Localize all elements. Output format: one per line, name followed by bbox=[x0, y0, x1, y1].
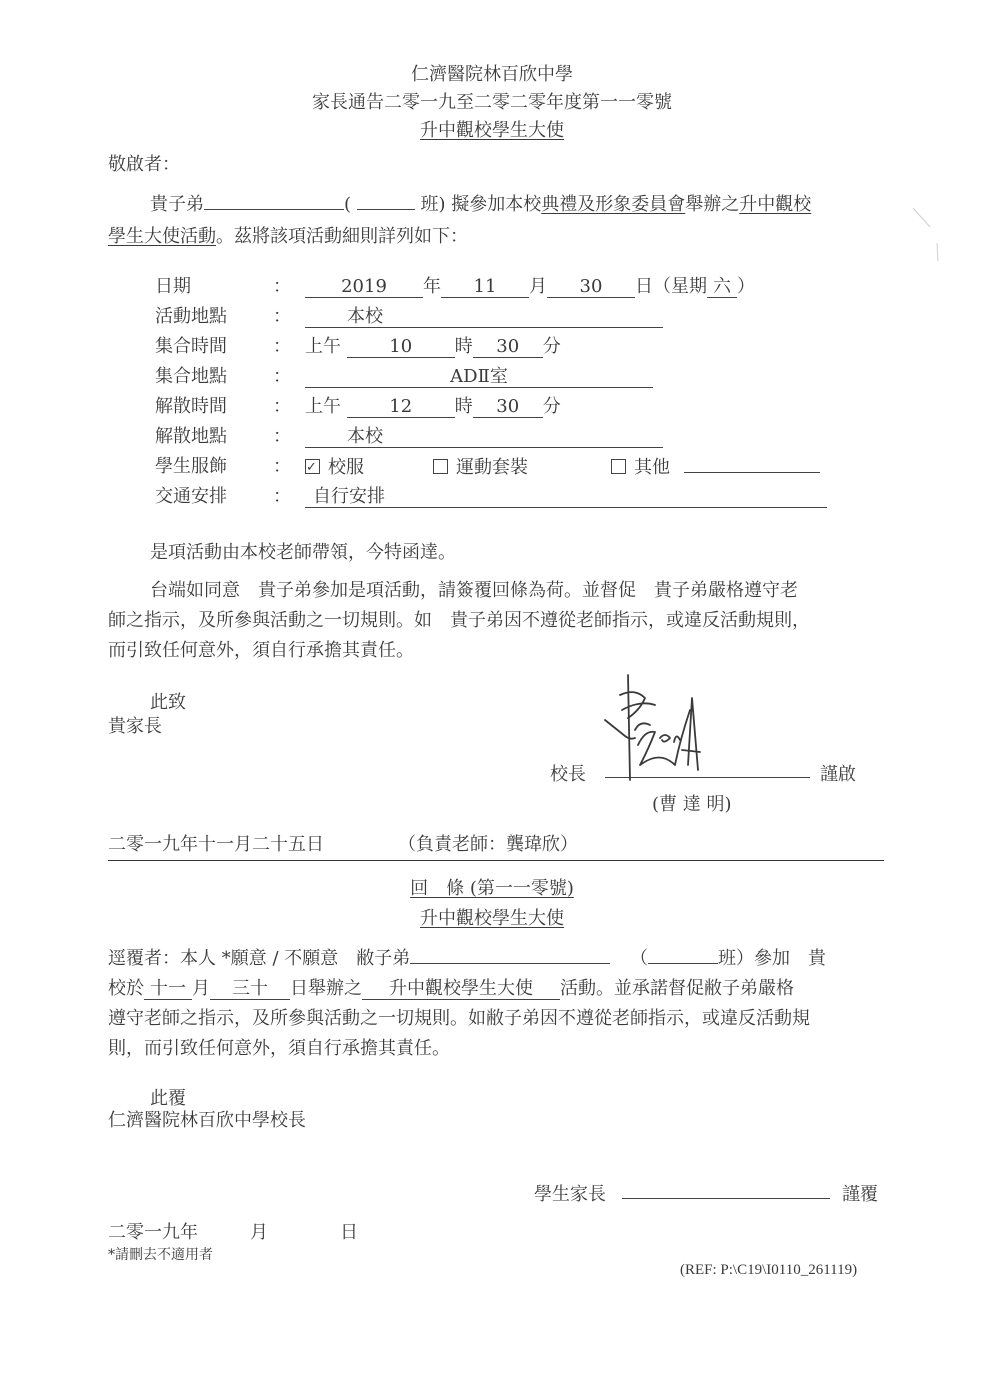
year-unit: 年 bbox=[423, 276, 441, 297]
intro-line-2: 學生大使活動。茲將該項活動細則詳列如下： bbox=[108, 222, 468, 248]
notice-subject: 升中觀校學生大使 bbox=[420, 120, 564, 141]
attire-other-field[interactable] bbox=[684, 454, 820, 473]
footnote: *請刪去不適用者 bbox=[108, 1244, 213, 1264]
assembly-ampm: 上午 bbox=[305, 336, 341, 357]
attire-option-label: 校服 bbox=[328, 457, 364, 478]
reply-date-year: 二零一九年 bbox=[108, 1218, 198, 1244]
assembly-place-value: ADⅡ室 bbox=[305, 367, 653, 388]
reply-recipient: 仁濟醫院林百欣中學校長 bbox=[108, 1106, 306, 1132]
date-label: 日期 bbox=[155, 274, 265, 300]
paragraph-consent-line-3: 而引致任何意外，須自行承擔其責任。 bbox=[108, 636, 414, 662]
attire-option-label: 運動套裝 bbox=[456, 457, 528, 478]
checkbox-unchecked-icon[interactable] bbox=[433, 459, 448, 474]
date-value: 2019年11月30日（星期六） bbox=[305, 274, 755, 300]
salutation: 敬啟者： bbox=[108, 150, 180, 176]
committee-name: 典禮及形象委員會 bbox=[541, 194, 685, 215]
date-month: 11 bbox=[441, 277, 529, 298]
assembly-place-label: 集合地點 bbox=[155, 364, 265, 390]
principal-label: 校長 bbox=[550, 760, 586, 786]
colon: ： bbox=[273, 454, 291, 480]
hour-unit: 時 bbox=[455, 396, 473, 417]
reply-line-2: 校於十一月三十日舉辦之升中觀校學生大使活動。並承諾督促敝子弟嚴格 bbox=[108, 974, 794, 1000]
student-name-field[interactable] bbox=[204, 191, 344, 210]
assembly-hour: 10 bbox=[347, 337, 455, 358]
colon: ： bbox=[273, 334, 291, 360]
dismissal-ampm: 上午 bbox=[305, 396, 341, 417]
transport-label: 交通安排 bbox=[155, 484, 265, 510]
assembly-minute: 30 bbox=[473, 337, 543, 358]
parent-respect: 謹覆 bbox=[842, 1180, 878, 1206]
reply-student-name-field[interactable] bbox=[410, 945, 610, 964]
minute-unit: 分 bbox=[543, 336, 561, 357]
reply-month: 十一 bbox=[144, 979, 192, 1000]
checkbox-unchecked-icon[interactable] bbox=[611, 459, 626, 474]
minute-unit: 分 bbox=[543, 396, 561, 417]
reply-title: 回 條 (第一一零號) bbox=[410, 878, 574, 899]
principal-signature bbox=[600, 670, 720, 785]
notice-subject-wrap: 升中觀校學生大使 bbox=[0, 116, 984, 142]
reply-consent-options[interactable]: 逕覆者：本人 *願意 / 不願意 敝子弟 bbox=[108, 948, 410, 969]
reply-title-wrap: 回 條 (第一一零號) bbox=[0, 874, 984, 900]
activity-name-part-a: 升中觀校 bbox=[739, 194, 811, 215]
parent-label: 學生家長 bbox=[534, 1180, 606, 1206]
assembly-place-wrap: ADⅡ室 bbox=[305, 364, 653, 390]
reply-activity: 升中觀校學生大使 bbox=[362, 979, 560, 1000]
closing-recipient: 貴家長 bbox=[108, 712, 162, 738]
parent-signature-field[interactable] bbox=[622, 1198, 830, 1199]
reply-line-1: 逕覆者：本人 *願意 / 不願意 敝子弟 （班）參加 貴 bbox=[108, 944, 826, 970]
day-unit: 日（星期 bbox=[635, 276, 707, 297]
reference-code: (REF: P:\C19\I0110_261119) bbox=[680, 1262, 857, 1279]
attire-option-other[interactable]: 其他 bbox=[611, 457, 670, 478]
reply-date-month: 月 bbox=[250, 1218, 268, 1244]
principal-name: (曹 達 明) bbox=[652, 790, 732, 816]
school-name: 仁濟醫院林百欣中學 bbox=[0, 60, 984, 86]
reply-line-1-end: 班）參加 貴 bbox=[718, 948, 826, 969]
date-day: 30 bbox=[547, 277, 635, 298]
reply-subtitle-wrap: 升中觀校學生大使 bbox=[0, 904, 984, 930]
dismissal-minute: 30 bbox=[473, 397, 543, 418]
reply-line-3: 遵守老師之指示，及所參與活動之一切規則。如敝子弟因不遵從老師指示，或違反活動規 bbox=[108, 1004, 810, 1030]
reply-class-field[interactable] bbox=[648, 945, 718, 964]
transport-value: 自行安排 bbox=[305, 487, 827, 508]
weekday-close: ） bbox=[737, 276, 755, 297]
colon: ： bbox=[273, 304, 291, 330]
colon: ： bbox=[273, 484, 291, 510]
paragraph-consent-line-1: 台端如同意 貴子弟參加是項活動，請簽覆回條為荷。並督促 貴子弟嚴格遵守老 bbox=[150, 576, 798, 602]
venue-text: 本校 bbox=[347, 306, 383, 327]
teacher-in-charge: （負責老師：龔瑋欣） bbox=[398, 830, 578, 856]
dismissal-place-value: 本校 bbox=[305, 427, 663, 448]
intro-text-3: 。茲將該項活動細則詳列如下： bbox=[216, 226, 468, 247]
paragraph-lead: 是項活動由本校老師帶領，今特函達。 bbox=[150, 538, 456, 564]
colon: ： bbox=[273, 394, 291, 420]
reply-line-4: 則，而引致任何意外，須自行承擔其責任。 bbox=[108, 1034, 450, 1060]
colon: ： bbox=[273, 364, 291, 390]
colon: ： bbox=[273, 424, 291, 450]
principal-respect: 謹啟 bbox=[820, 760, 856, 786]
notice-number: 家長通告二零一九至二零二零年度第一一零號 bbox=[0, 88, 984, 114]
assembly-time-value: 上午 10時30分 bbox=[305, 334, 561, 360]
venue-value: 本校 bbox=[305, 307, 663, 328]
reply-text: 校於 bbox=[108, 978, 144, 999]
dismissal-place-wrap: 本校 bbox=[305, 424, 663, 450]
reply-date-day: 日 bbox=[340, 1218, 358, 1244]
attire-options: 校服運動套裝其他 bbox=[305, 454, 820, 481]
intro-text-1: 擬參加本校 bbox=[451, 194, 541, 215]
closing-ci-zhi: 此致 bbox=[150, 688, 186, 714]
dismissal-hour: 12 bbox=[347, 397, 455, 418]
dismissal-place-text: 本校 bbox=[347, 426, 383, 447]
intro-prefix: 貴子弟 bbox=[150, 194, 204, 215]
hour-unit: 時 bbox=[455, 336, 473, 357]
transport-text: 自行安排 bbox=[313, 486, 385, 507]
transport-wrap: 自行安排 bbox=[305, 484, 827, 510]
reply-text: 活動。並承諾督促敝子弟嚴格 bbox=[560, 978, 794, 999]
assembly-time-label: 集合時間 bbox=[155, 334, 265, 360]
reply-text: 日舉辦之 bbox=[290, 978, 362, 999]
paragraph-consent-line-2: 師之指示，及所參與活動之一切規則。如 貴子弟因不遵從老師指示，或違反活動規則， bbox=[108, 606, 810, 632]
student-class-field[interactable] bbox=[357, 191, 415, 210]
intro-text-2: 舉辦之 bbox=[685, 194, 739, 215]
venue-label: 活動地點 bbox=[155, 304, 265, 330]
checkbox-checked-icon[interactable] bbox=[305, 459, 320, 474]
dismissal-time-label: 解散時間 bbox=[155, 394, 265, 420]
class-suffix: 班) bbox=[421, 194, 446, 215]
attire-option-uniform[interactable]: 校服 bbox=[305, 455, 433, 481]
colon: ： bbox=[273, 274, 291, 300]
attire-label: 學生服飾 bbox=[155, 454, 265, 480]
date-year: 2019 bbox=[305, 277, 423, 298]
date-weekday: 六 bbox=[707, 277, 737, 298]
paren-open: ( bbox=[344, 194, 351, 215]
notice-date: 二零一九年十一月二十五日 bbox=[108, 830, 324, 856]
attire-option-sportswear[interactable]: 運動套裝 bbox=[433, 455, 611, 481]
intro-line-1: 貴子弟( 班) 擬參加本校典禮及形象委員會舉辦之升中觀校 bbox=[150, 190, 811, 216]
scan-artifact bbox=[910, 205, 950, 265]
dismissal-time-value: 上午 12時30分 bbox=[305, 394, 561, 420]
dismissal-place-label: 解散地點 bbox=[155, 424, 265, 450]
reply-day: 三十 bbox=[210, 979, 290, 1000]
reply-text: 月 bbox=[192, 978, 210, 999]
attire-option-label: 其他 bbox=[634, 457, 670, 478]
venue-value-wrap: 本校 bbox=[305, 304, 663, 330]
paren-open: （ bbox=[630, 948, 648, 969]
activity-name-part-b: 學生大使活動 bbox=[108, 226, 216, 247]
month-unit: 月 bbox=[529, 276, 547, 297]
tear-off-divider bbox=[108, 860, 884, 861]
reply-subtitle: 升中觀校學生大使 bbox=[420, 908, 564, 929]
